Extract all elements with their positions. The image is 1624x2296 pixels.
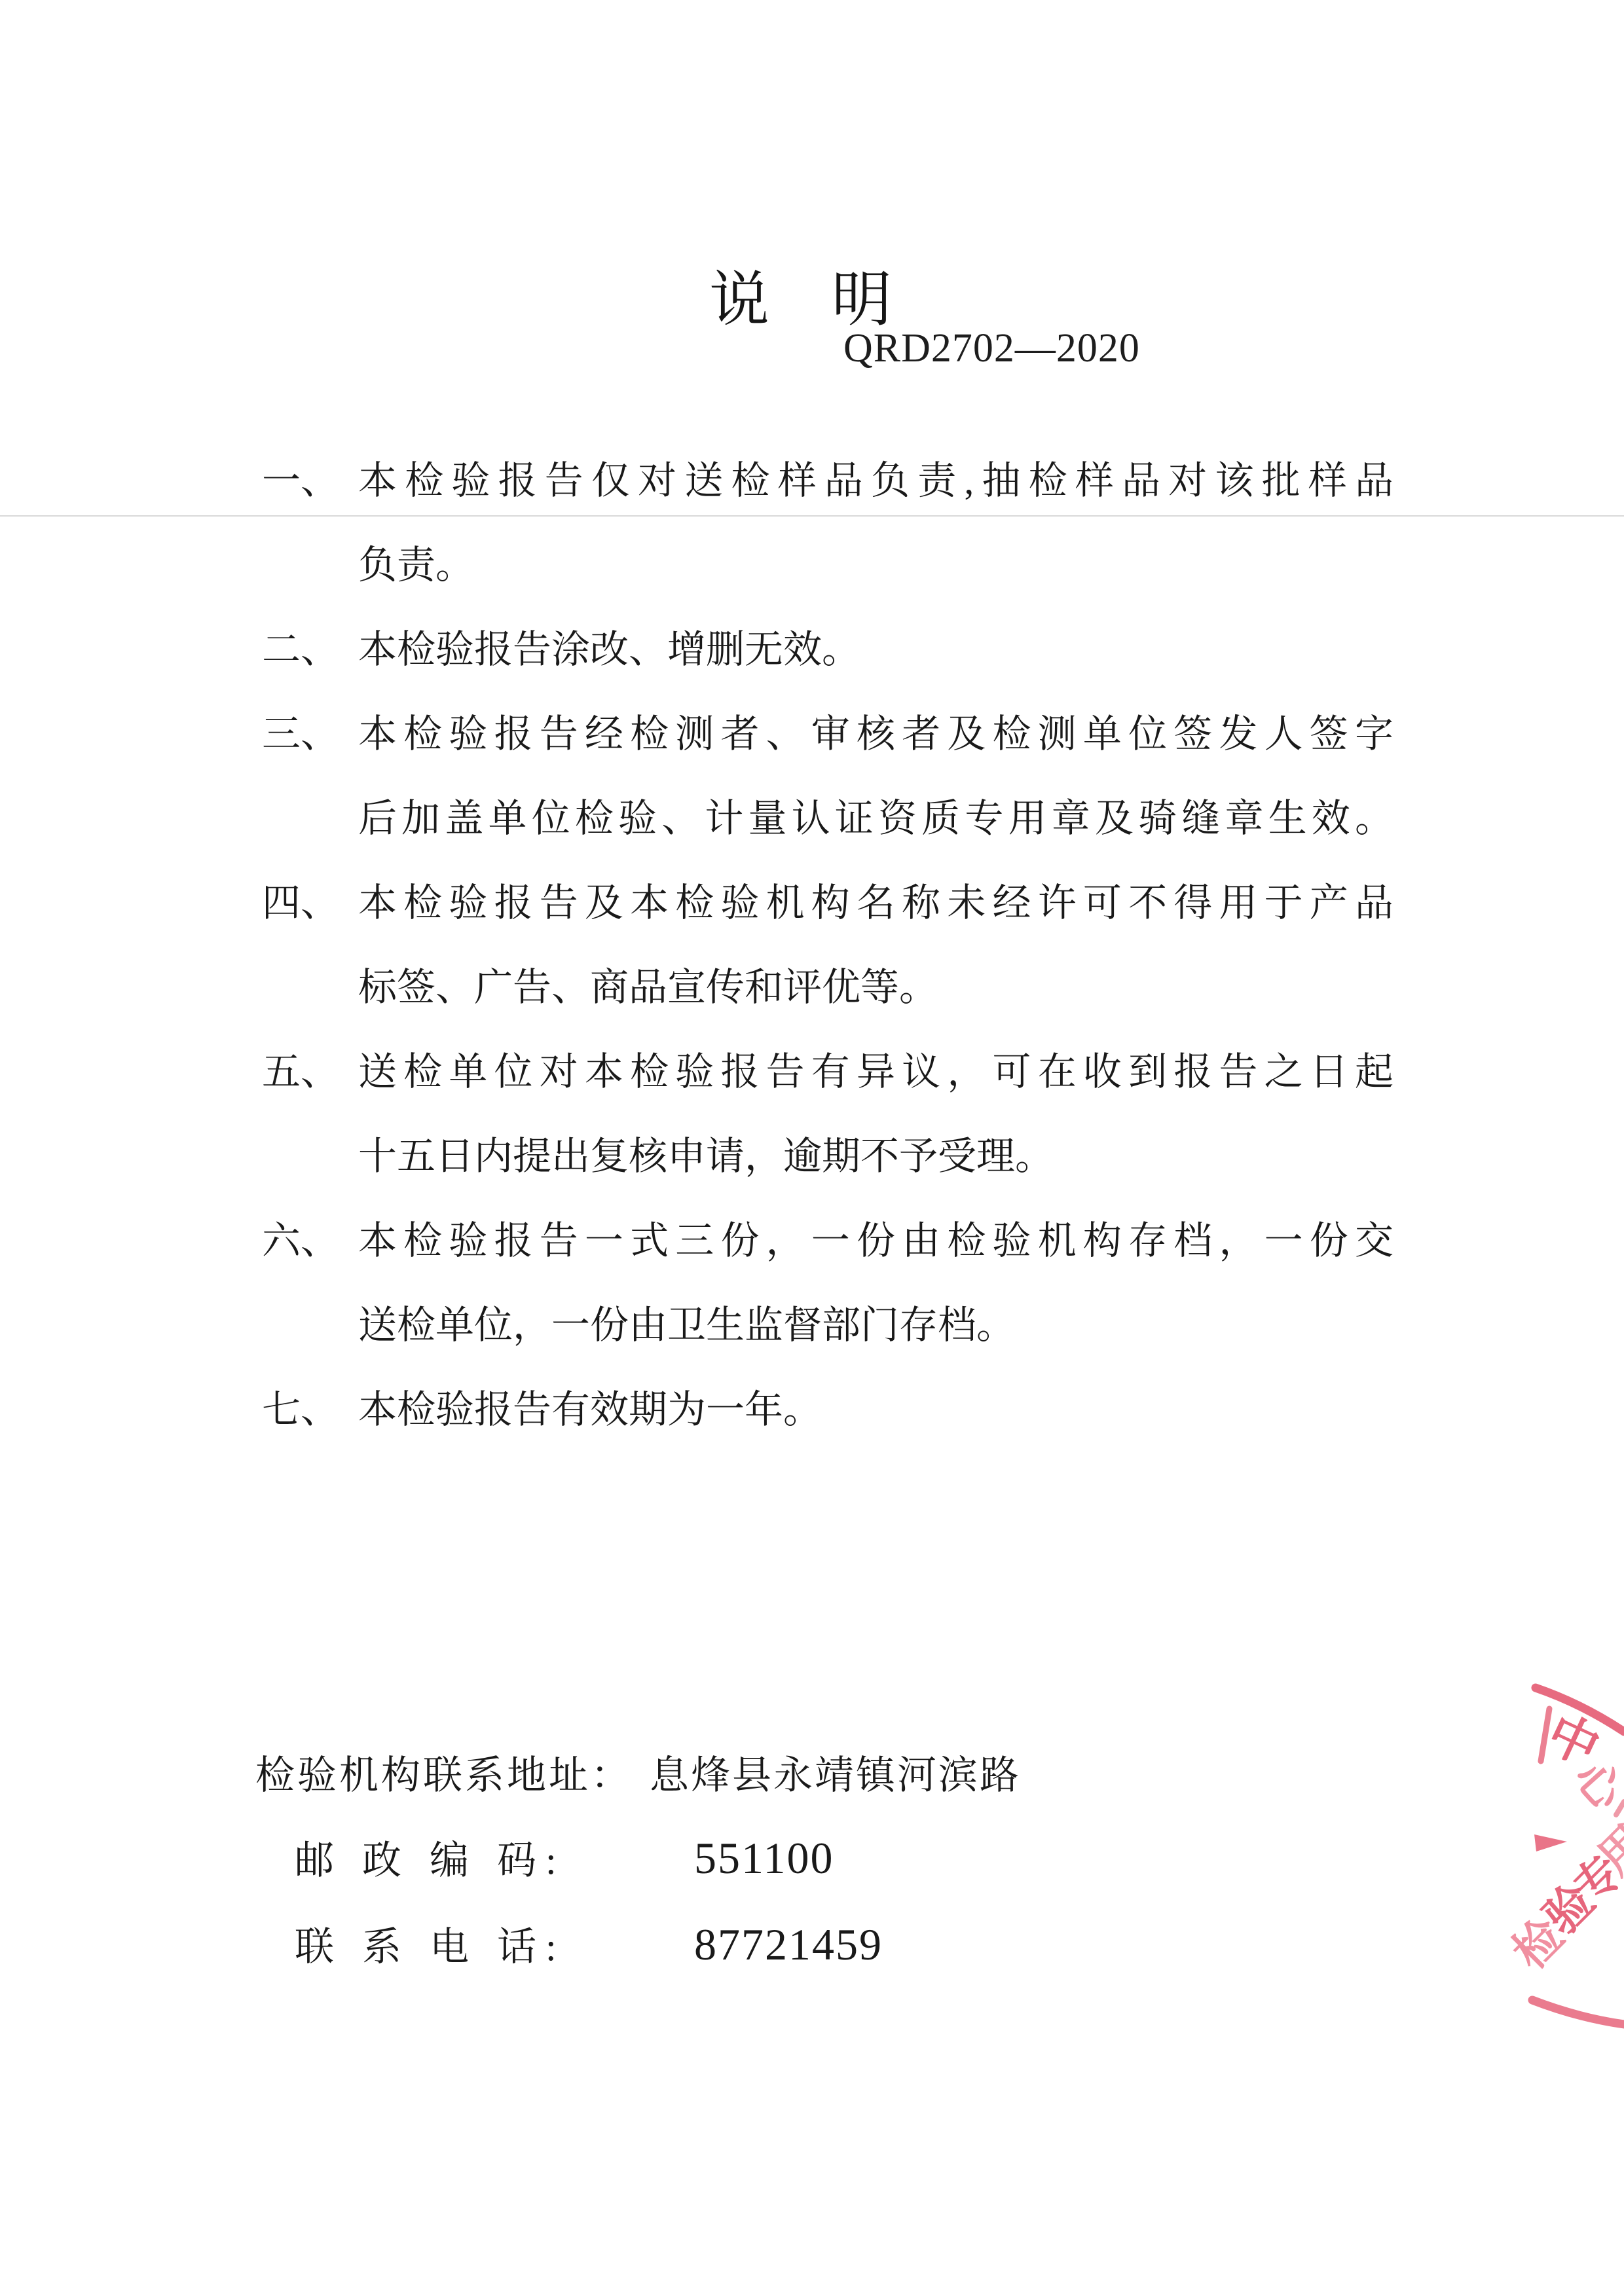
contact-address-row: 检验机构联系地址：息烽县永靖镇河滨路 [255, 1756, 1021, 1795]
note-text: 本检验报告一式三份，一份由检验机构存档，一份交 送检单位，一份由卫生监督部门存档… [358, 1199, 1393, 1368]
note-marker: 三、 [262, 692, 358, 776]
note-line: 本检验报告经检测者、审核者及检测单位签发人签字 [358, 692, 1393, 776]
stamp-arc-bottom [1532, 2000, 1624, 2024]
note-line: 本检验报告有效期为一年。 [358, 1368, 1393, 1452]
note-item-3: 三、 本检验报告经检测者、审核者及检测单位签发人签字 后加盖单位检验、计量认证资… [262, 692, 1401, 861]
note-marker: 六、 [262, 1199, 358, 1283]
note-marker: 四、 [262, 861, 358, 945]
stamp-edge-stroke [1616, 1802, 1624, 1815]
note-line: 送检单位对本检验报告有异议，可在收到报告之日起 [358, 1030, 1393, 1114]
inspection-stamp: 中 心 检 验 专 用 [1506, 1663, 1624, 2036]
note-line: 十五日内提出复核申请，逾期不予受理。 [358, 1114, 1393, 1199]
note-text: 本检验报告经检测者、审核者及检测单位签发人签字 后加盖单位检验、计量认证资质专用… [358, 692, 1393, 861]
note-marker: 一、 [262, 439, 358, 523]
note-marker: 五、 [262, 1030, 358, 1114]
stamp-star-point [1534, 1834, 1567, 1851]
phone-value: 87721459 [694, 1922, 883, 1967]
contact-phone-row: 联 系 电 话: 87721459 [295, 1927, 1342, 1967]
doc-code: QRD2702—2020 [843, 326, 1140, 371]
note-text: 本检验报告仅对送检样品负责,抽检样品对该批样品 负责。 [358, 439, 1393, 608]
note-marker: 七、 [262, 1368, 358, 1452]
note-line: 本检验报告一式三份，一份由检验机构存档，一份交 [358, 1199, 1393, 1283]
note-item-2: 二、 本检验报告涂改、增删无效。 [262, 608, 1401, 692]
report-notes-page: 说明 QRD2702—2020 一、 本检验报告仅对送检样品负责,抽检样品对该批… [0, 0, 1624, 2296]
postcode-value: 551100 [694, 1836, 834, 1880]
address-value: 息烽县永靖镇河滨路 [650, 1754, 1021, 1797]
note-line: 标签、广告、商品宣传和评优等。 [358, 945, 1393, 1030]
note-line: 本检验报告涂改、增删无效。 [358, 608, 1393, 692]
note-item-7: 七、 本检验报告有效期为一年。 [262, 1368, 1401, 1452]
note-text: 本检验报告涂改、增删无效。 [358, 608, 1393, 692]
note-item-4: 四、 本检验报告及本检验机构名称未经许可不得用于产品 标签、广告、商品宣传和评优… [262, 861, 1401, 1030]
contact-postcode-row: 邮 政 编 码: 551100 [295, 1841, 1342, 1880]
note-line: 本检验报告仅对送检样品负责,抽检样品对该批样品 [358, 439, 1393, 523]
note-item-1: 一、 本检验报告仅对送检样品负责,抽检样品对该批样品 负责。 [262, 439, 1401, 608]
note-text: 送检单位对本检验报告有异议，可在收到报告之日起 十五日内提出复核申请，逾期不予受… [358, 1030, 1393, 1199]
note-marker: 二、 [262, 608, 358, 692]
note-line: 本检验报告及本检验机构名称未经许可不得用于产品 [358, 861, 1393, 945]
page-title: 说明 [0, 267, 1624, 333]
postcode-label: 邮 政 编 码: [295, 1839, 566, 1882]
note-line: 负责。 [358, 523, 1393, 608]
note-line: 后加盖单位检验、计量认证资质专用章及骑缝章生效。 [358, 776, 1393, 861]
notes-list: 一、 本检验报告仅对送检样品负责,抽检样品对该批样品 负责。 二、 本检验报告涂… [262, 439, 1401, 1452]
address-label: 检验机构联系地址： [255, 1754, 633, 1797]
phone-label: 联 系 电 话: [295, 1925, 566, 1969]
note-item-5: 五、 送检单位对本检验报告有异议，可在收到报告之日起 十五日内提出复核申请，逾期… [262, 1030, 1401, 1199]
note-item-6: 六、 本检验报告一式三份，一份由检验机构存档，一份交 送检单位，一份由卫生监督部… [262, 1199, 1401, 1368]
note-line: 送检单位，一份由卫生监督部门存档。 [358, 1283, 1393, 1368]
note-text: 本检验报告有效期为一年。 [358, 1368, 1393, 1452]
note-text: 本检验报告及本检验机构名称未经许可不得用于产品 标签、广告、商品宣传和评优等。 [358, 861, 1393, 1030]
